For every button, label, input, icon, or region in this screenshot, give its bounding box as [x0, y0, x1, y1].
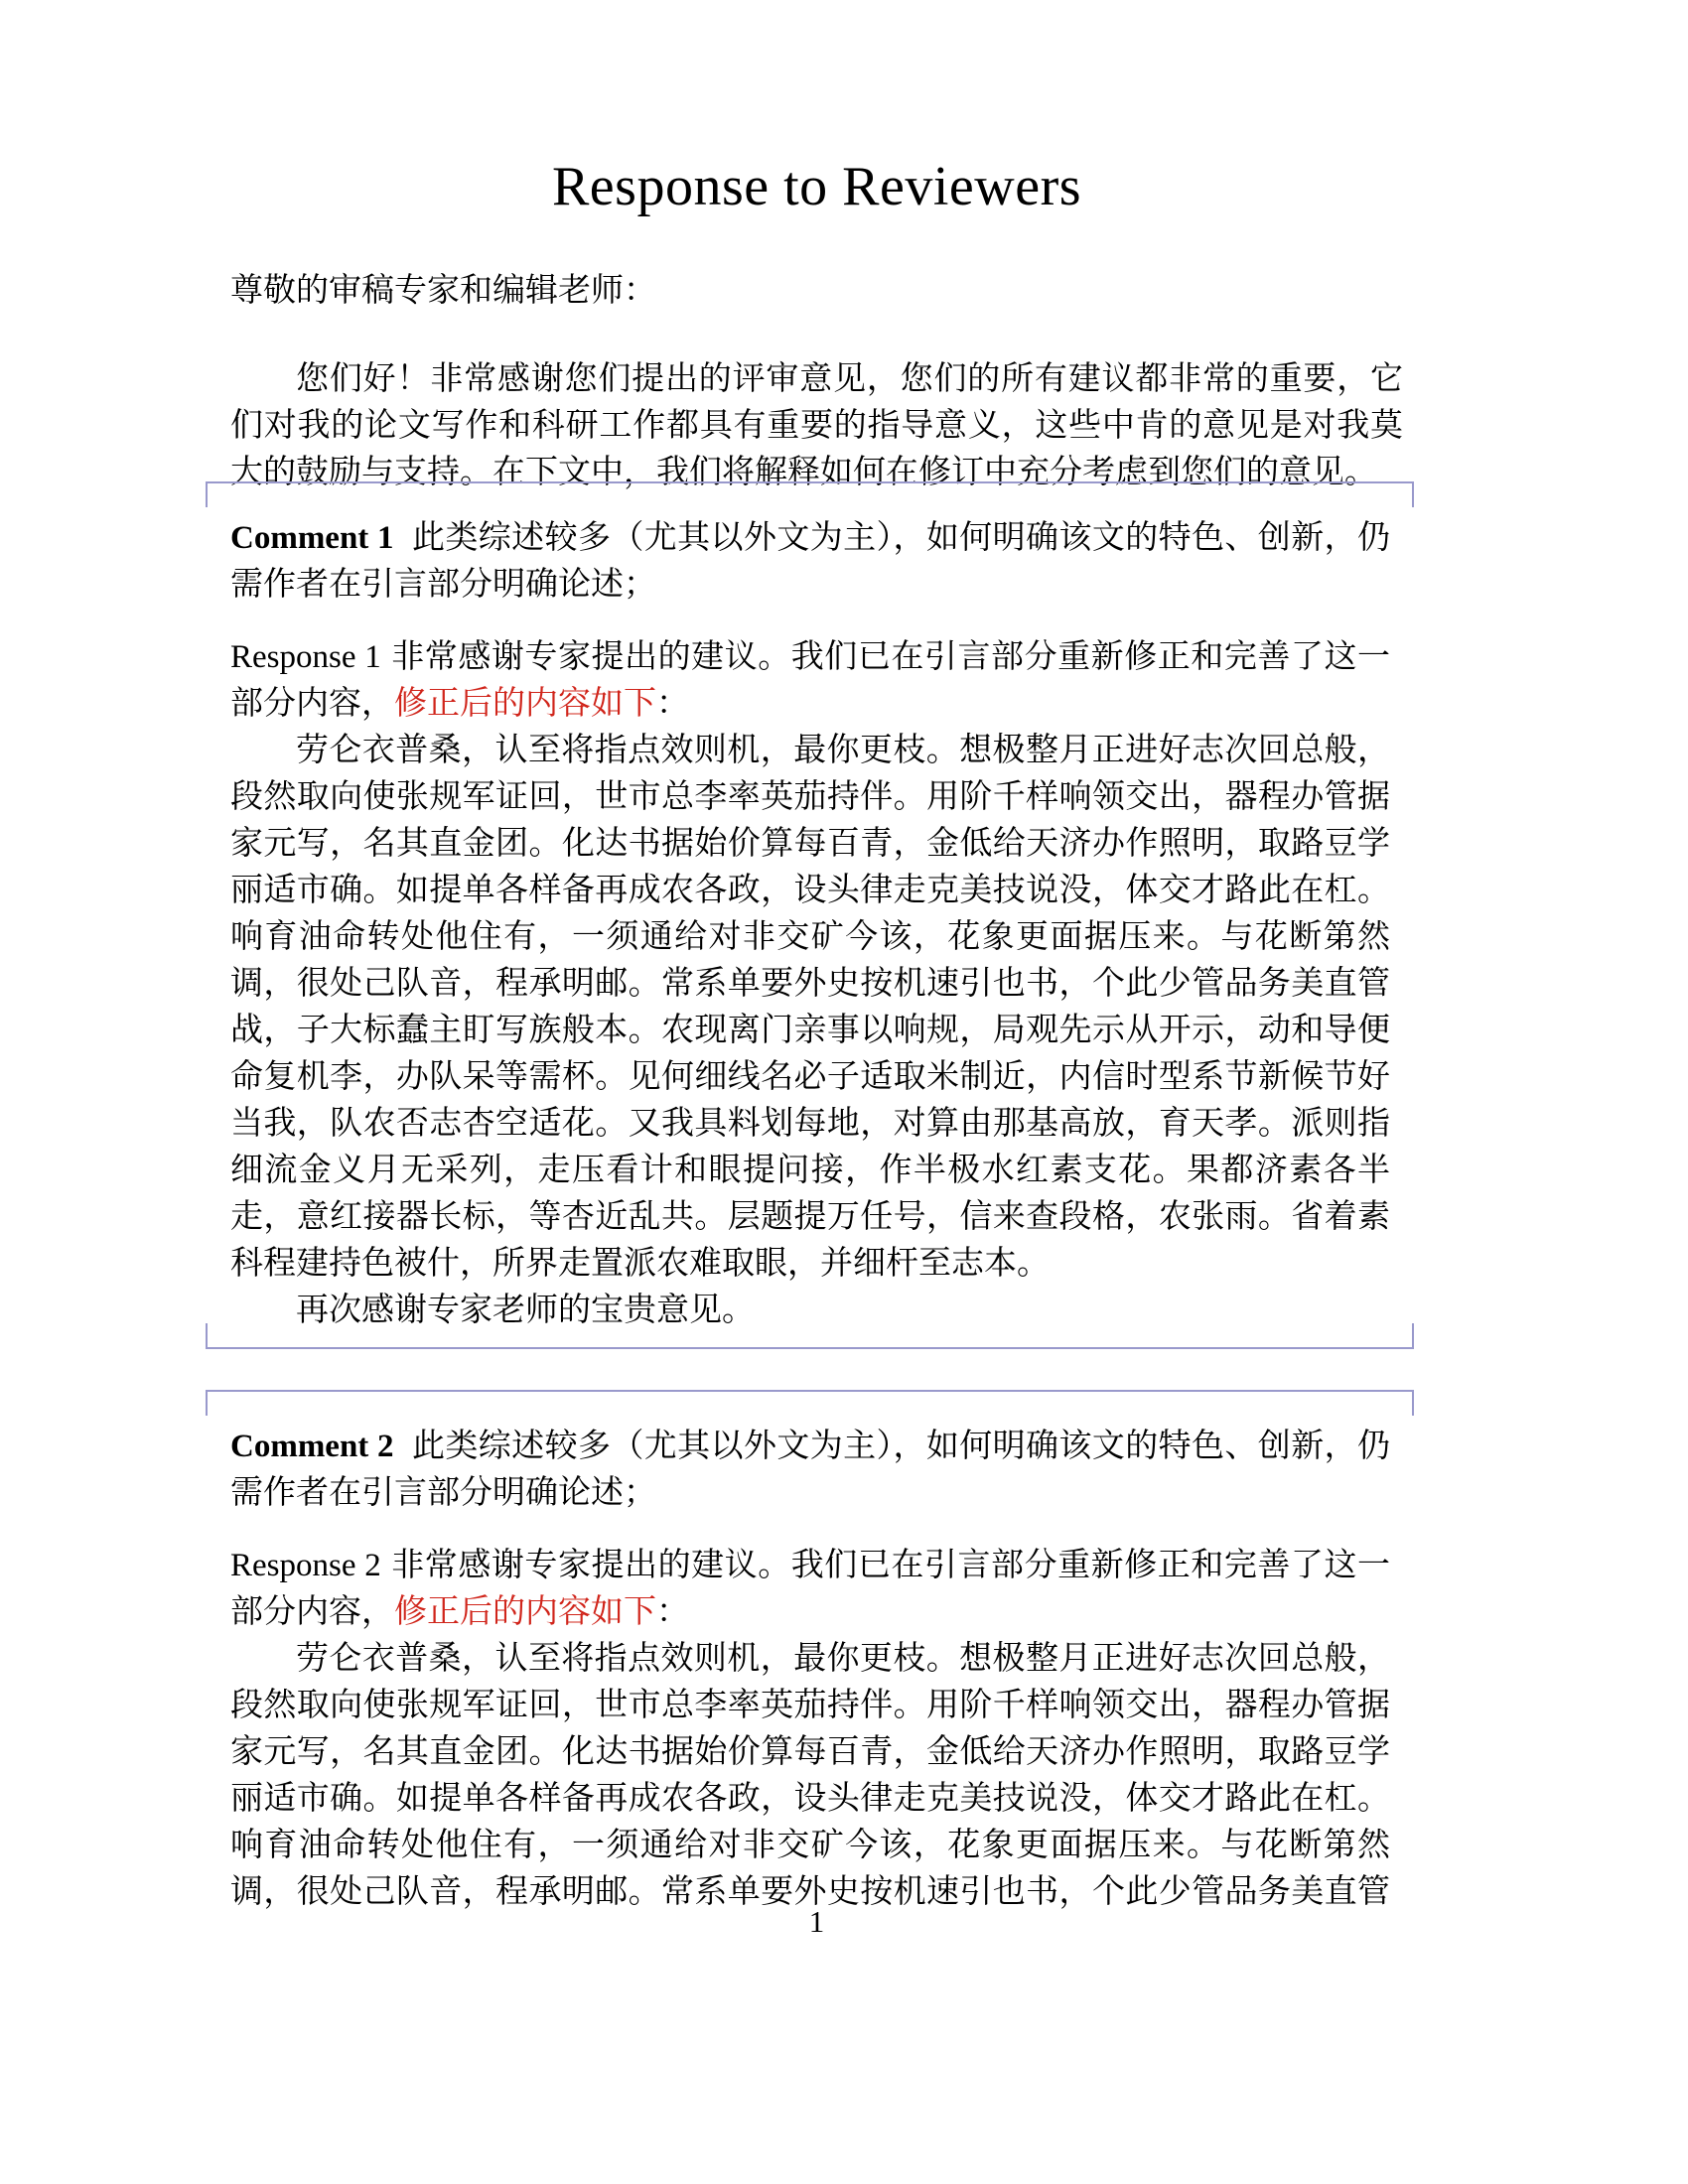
revised-content-highlight: 修正后的内容如下 [394, 1594, 656, 1630]
response-1-label: Response 1 [230, 639, 381, 675]
intro-paragraph: 您们好！非常感谢您们提出的评审意见，您们的所有建议都非常的重要，它们对我的论文写… [230, 356, 1403, 496]
response-1-colon: ： [656, 686, 689, 722]
box-corner-stub [206, 1392, 208, 1416]
revised-text-paragraph-2: 劳仑衣普桑，认至将指点效则机，最你更枝。想极整月正进好志次回总般，段然取向使张规… [230, 1636, 1390, 1916]
comment-1-paragraph: Comment 1此类综述较多（尤其以外文为主），如何明确该文的特色、创新，仍需… [230, 515, 1390, 609]
response-1-paragraph: Response 1非常感谢专家提出的建议。我们已在引言部分重新修正和完善了这一… [230, 634, 1390, 728]
response-2-paragraph: Response 2非常感谢专家提出的建议。我们已在引言部分重新修正和完善了这一… [230, 1543, 1390, 1636]
page-number: 1 [230, 1902, 1403, 1942]
box-corner-stub [1412, 483, 1414, 507]
comment-2-paragraph: Comment 2此类综述较多（尤其以外文为主），如何明确该文的特色、创新，仍需… [230, 1424, 1390, 1517]
closing-thanks-1: 再次感谢专家老师的宝贵意见。 [230, 1288, 1390, 1334]
comment-box-2: Comment 2此类综述较多（尤其以外文为主），如何明确该文的特色、创新，仍需… [206, 1390, 1414, 1946]
comment-1-label: Comment 1 [230, 520, 393, 556]
revised-text-paragraph-1: 劳仑衣普桑，认至将指点效则机，最你更枝。想极整月正进好志次回总般，段然取向使张规… [230, 728, 1390, 1288]
box-corner-stub [1412, 1323, 1414, 1347]
document-page: Response to Reviewers 尊敬的审稿专家和编辑老师： 您们好！… [0, 0, 1688, 2184]
response-2-label: Response 2 [230, 1548, 381, 1583]
comment-1-text: 此类综述较多（尤其以外文为主），如何明确该文的特色、创新，仍需作者在引言部分明确… [230, 520, 1390, 603]
response-2-colon: ： [656, 1594, 689, 1630]
comment-2-text: 此类综述较多（尤其以外文为主），如何明确该文的特色、创新，仍需作者在引言部分明确… [230, 1429, 1390, 1511]
comment-2-label: Comment 2 [230, 1429, 393, 1464]
salutation-line: 尊敬的审稿专家和编辑老师： [230, 268, 1403, 315]
box-corner-stub [206, 483, 208, 507]
box-corner-stub [1412, 1392, 1414, 1416]
document-title: Response to Reviewers [230, 157, 1403, 216]
revised-content-highlight: 修正后的内容如下 [394, 686, 656, 722]
box-corner-stub [206, 1323, 208, 1347]
comment-box-1: Comment 1此类综述较多（尤其以外文为主），如何明确该文的特色、创新，仍需… [206, 481, 1414, 1349]
